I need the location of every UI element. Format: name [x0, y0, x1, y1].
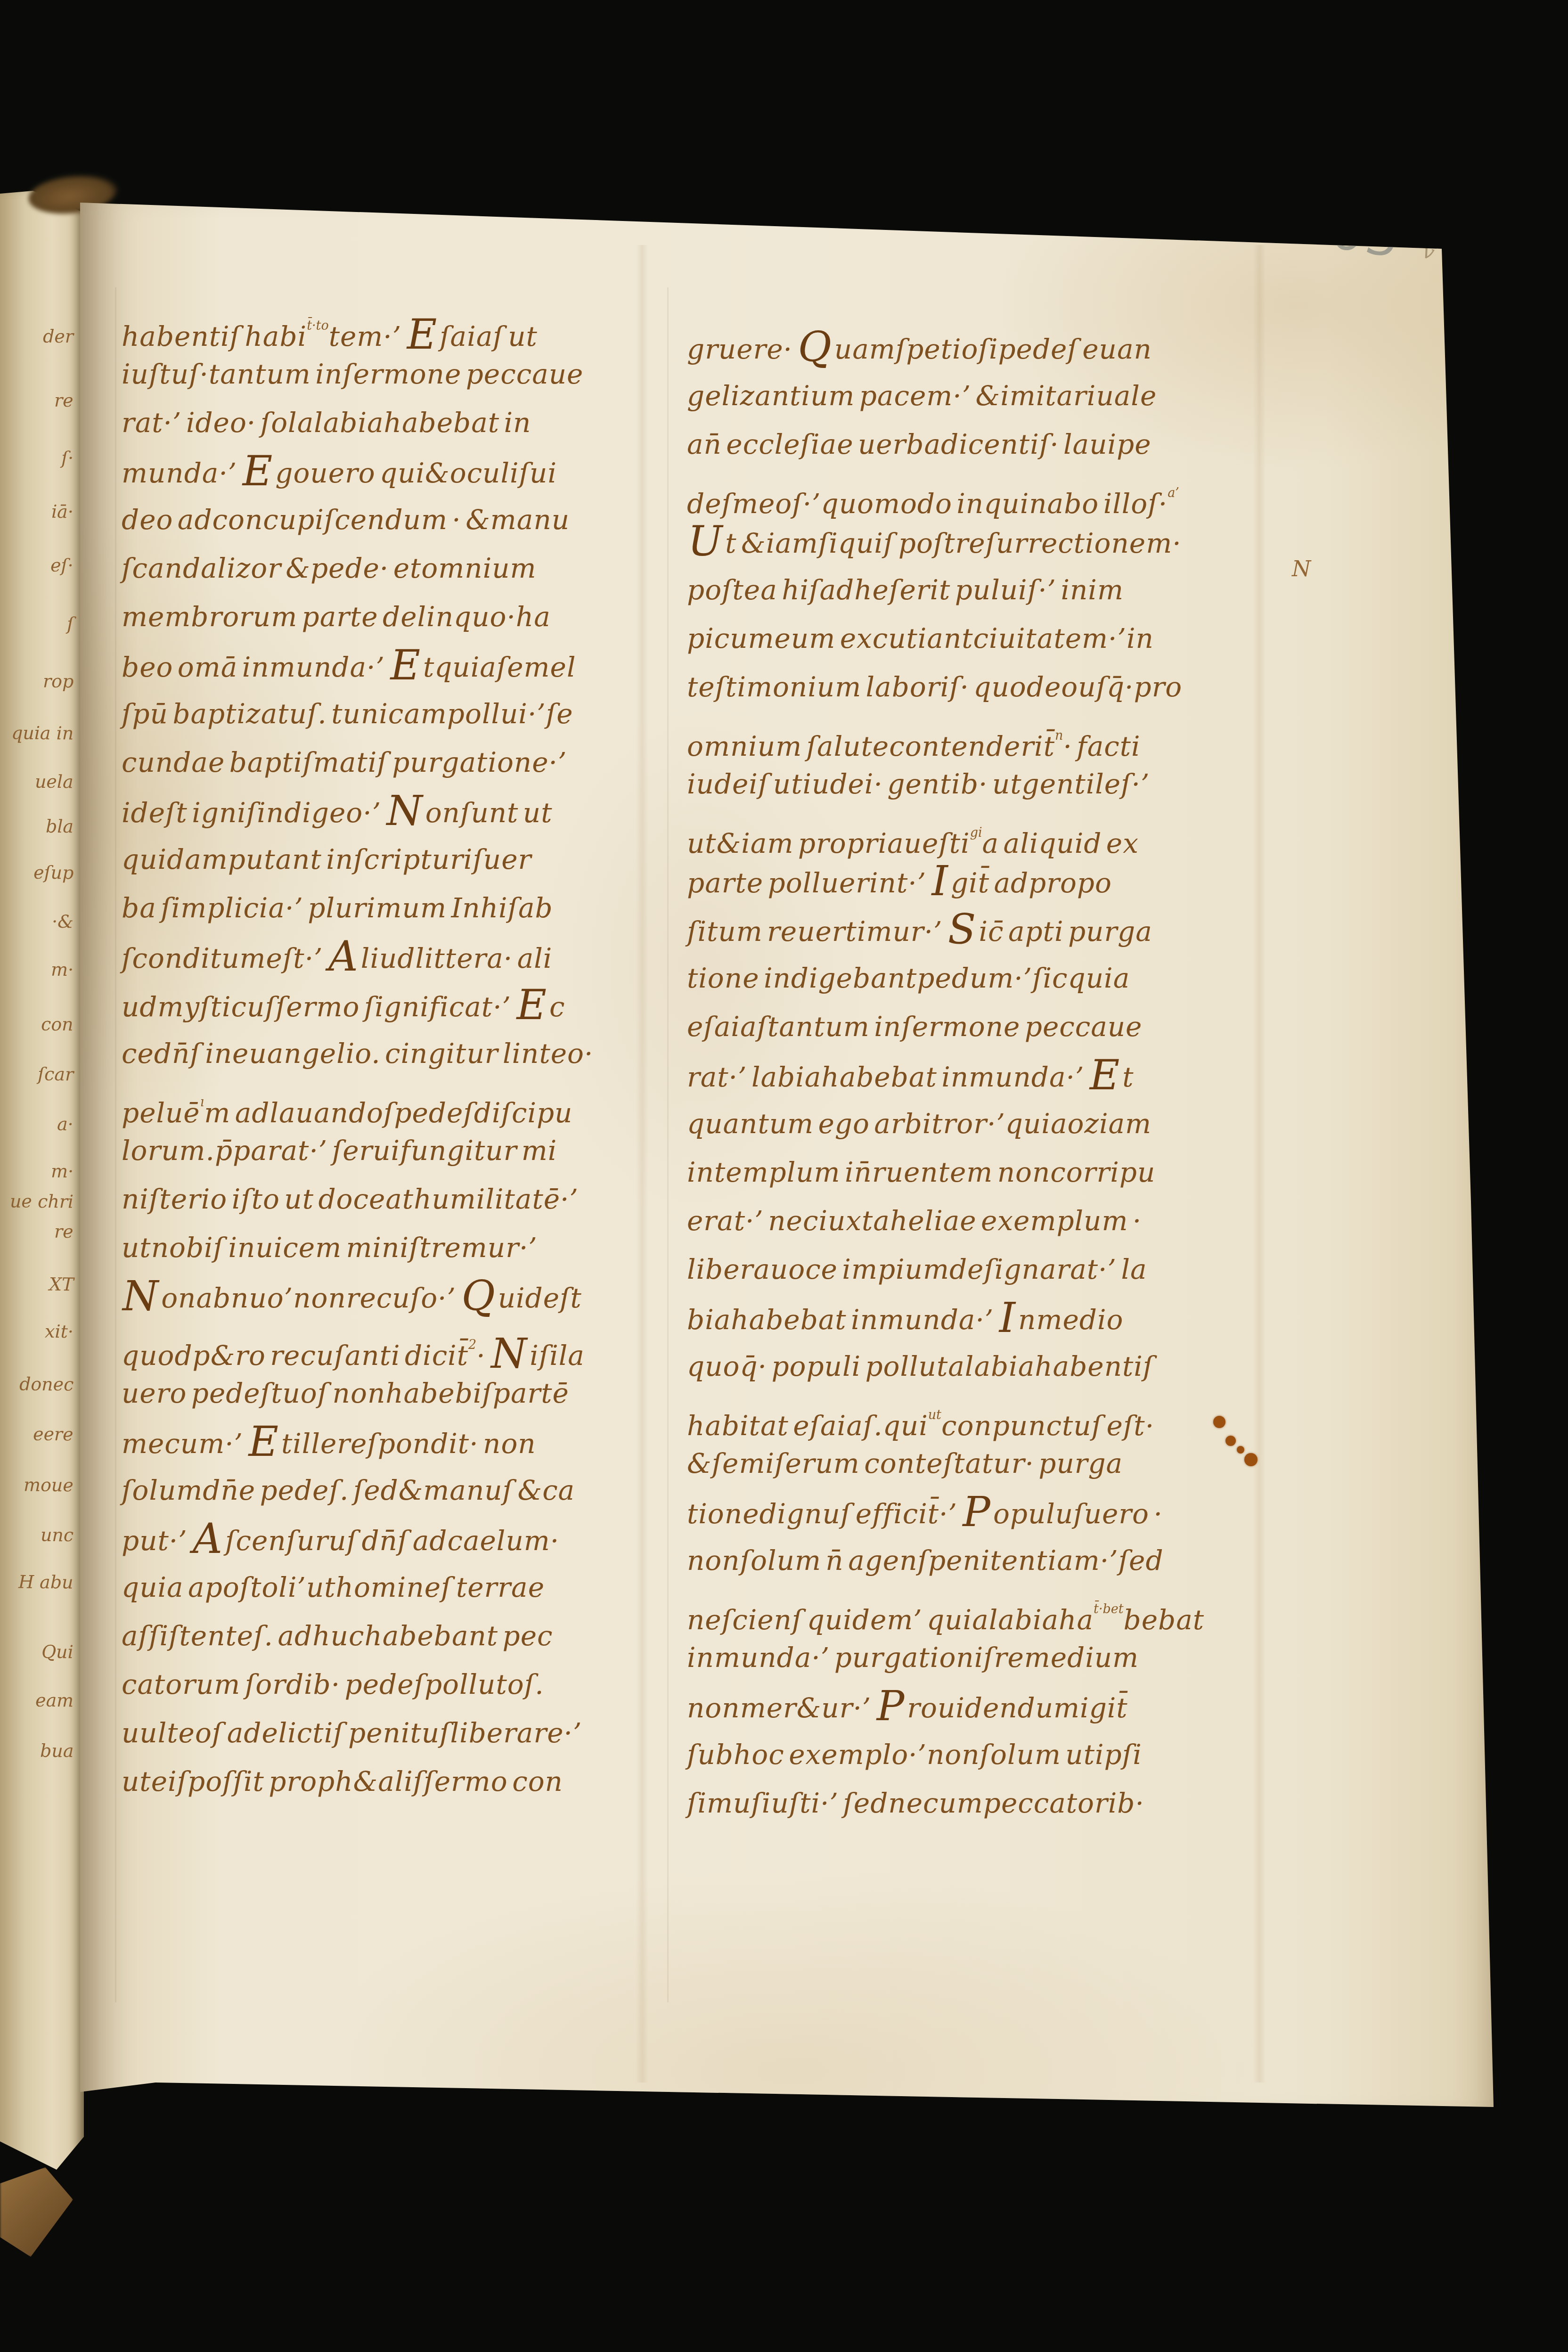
- interlinear-gloss: a’: [1168, 486, 1179, 500]
- decorated-initial: I: [932, 857, 948, 905]
- gutter-fragment: ſ: [67, 613, 73, 634]
- text-line: omnium ſalutecontenderit̄n· facti: [687, 711, 1248, 760]
- interlinear-gloss: ı: [200, 1095, 204, 1110]
- ink-spot: [1244, 1453, 1258, 1466]
- text-line: mecum·’ Etillereſpondit· non: [122, 1418, 678, 1466]
- text-line: ſcandalizor &pede· etomnium: [122, 544, 678, 593]
- gutter-fragment: Qui: [41, 1641, 73, 1663]
- ink-spot: [1237, 1446, 1244, 1454]
- decorated-initial: E: [390, 641, 420, 689]
- gutter-fragment: con: [41, 1014, 73, 1035]
- leather-binding-corner: [0, 2167, 73, 2257]
- text-line: picumeum excutiantciuitatem·’in: [687, 614, 1248, 663]
- decorated-initial: Q: [461, 1272, 495, 1320]
- gutter-fragment: der: [43, 326, 73, 347]
- gutter-fragment: ·&: [52, 911, 73, 932]
- text-line: teſtimonium laboriſ· quodeouſq̄·pro: [687, 663, 1248, 711]
- gutter-fragment: ſ·: [61, 448, 74, 468]
- text-line: iuſtuſ·tantum inſermone peccaue: [122, 350, 678, 399]
- gutter-fragment: donec: [19, 1373, 73, 1395]
- interlinear-gloss: gi: [970, 825, 982, 840]
- gutter-fragment: bla: [46, 816, 74, 837]
- text-line: uero pedeſtuoſ nonhabebiſpartē: [122, 1369, 678, 1418]
- parchment-crease: [1253, 245, 1266, 2082]
- text-line: ſubhoc exemplo·’nonſolum utipſi: [687, 1731, 1248, 1779]
- text-line: catorum ſordib· pedeſpollutoſ.: [122, 1660, 678, 1709]
- decorated-initial: E: [243, 447, 273, 495]
- text-line: gruere· Quamſpetioſipedeſ euan: [687, 323, 1248, 372]
- decorated-initial: I: [999, 1294, 1015, 1342]
- interlinear-gloss: n: [1055, 728, 1063, 743]
- text-line: intemplum in̄ruentem noncorripu: [687, 1148, 1248, 1197]
- left-text-column: habentiſ habit̄·totem·’ Eſaiaſ utiuſtuſ·…: [122, 302, 678, 1806]
- gutter-fragment: quia in: [11, 722, 73, 743]
- gutter-fragment: rop: [42, 671, 73, 692]
- text-line: lorum.p̄parat·’ ſeruifungitur mi: [122, 1127, 678, 1175]
- ink-spot: [1225, 1436, 1236, 1446]
- folio-tick-mark: v: [1420, 239, 1437, 264]
- interlinear-gloss: t̄·bet: [1094, 1602, 1124, 1617]
- gutter-fragment: uela: [35, 771, 73, 792]
- text-line: ſitum reuertimur·’ Sic̄ apti purga: [687, 906, 1248, 954]
- text-line: quantum ego arbitror·’quiaoziam: [687, 1100, 1248, 1148]
- text-line: cedn̄ſ ineuangelio. cingitur linteo·: [122, 1029, 678, 1078]
- gutter-fragment: unc: [41, 1525, 74, 1546]
- text-line: munda·’ Egouero qui&oculiſui: [122, 447, 678, 496]
- text-line: gelizantium pacem·’ &imitariuale: [687, 372, 1248, 420]
- text-line: uteiſpoſſit proph&aliſſermo con: [122, 1757, 678, 1806]
- gutter-fragment: a·: [57, 1114, 73, 1135]
- gutter-fragment: m·: [51, 959, 74, 980]
- text-line: habentiſ habit̄·totem·’ Eſaiaſ ut: [122, 302, 678, 350]
- gutter-fragment: eſ·: [50, 555, 73, 576]
- interlinear-gloss: t̄·to: [307, 318, 329, 333]
- text-line: membrorum parte delinquo·ha: [122, 593, 678, 641]
- gutter-fragment: re: [54, 1221, 73, 1242]
- text-line: Ut &iamſiquiſ poſtreſurrectionem·: [687, 517, 1248, 566]
- gutter-fragment: xit·: [45, 1321, 73, 1342]
- text-line: uulteoſ adelictiſ penituſliberare·’: [122, 1709, 678, 1757]
- parchment-page: habentiſ habit̄·totem·’ Eſaiaſ utiuſtuſ·…: [80, 188, 1494, 2130]
- gutter-fragment: H abu: [18, 1571, 73, 1592]
- text-line: neſcienſ quidem’ quialabiahat̄·betbebat: [687, 1585, 1248, 1633]
- gutter-fragment: iā·: [51, 501, 73, 522]
- text-line: ſolumdn̄e pedeſ. ſed&manuſ &ca: [122, 1466, 678, 1515]
- text-line: ba ſimplicia·’ plurimum Inhiſab: [122, 884, 678, 932]
- previous-leaf-edge: derreſ·iā·eſ·ſropquia inuelablaeſup·&m·c…: [0, 191, 84, 2191]
- text-line: eſaiaſtantum inſermone peccaue: [687, 1003, 1248, 1051]
- gutter-fragment: XT: [49, 1274, 73, 1295]
- decorated-initial: N: [122, 1272, 158, 1320]
- gutter-fragment: bua: [40, 1740, 73, 1762]
- text-line: udmyſticuſſermo ſignificat·’ Ec: [122, 981, 678, 1029]
- text-line: liberauoce impiumdeſignarat·’ la: [687, 1245, 1248, 1294]
- decorated-initial: N: [387, 787, 423, 835]
- gutter-fragment: eere: [33, 1424, 73, 1445]
- text-line: deo adconcupiſcendum · &manu: [122, 496, 678, 544]
- text-line: put·’ Aſcenſuruſ dn̄ſ adcaelum·: [122, 1515, 678, 1563]
- decorated-initial: S: [948, 906, 976, 954]
- gutter-fragment: m·: [51, 1161, 74, 1182]
- text-line: &ſemiſerum conteſtatur· purga: [687, 1439, 1248, 1488]
- gutter-fragment: ue chri: [10, 1191, 74, 1212]
- interlinear-gloss: 2: [468, 1338, 476, 1352]
- gutter-fragment: moue: [24, 1475, 73, 1496]
- text-line: Nonabnuo’nonrecuſo·’ Quideſt: [122, 1272, 678, 1321]
- text-line: quidamputant inſcripturiſuer: [122, 835, 678, 884]
- text-line: peluēım adlauandoſpedeſdiſcipu: [122, 1078, 678, 1127]
- nota-margin-mark: N: [1292, 556, 1311, 581]
- decorated-initial: E: [1090, 1051, 1120, 1099]
- decorated-initial: E: [517, 981, 547, 1029]
- text-line: biahabebat inmunda·’ Inmedio: [687, 1294, 1248, 1342]
- text-line: utnobiſ inuicem miniſtremur·’: [122, 1224, 678, 1272]
- gutter-fragment: re: [54, 390, 73, 411]
- text-line: ſpū baptizatuſ. tunicampollui·’ſe: [122, 690, 678, 738]
- decorated-initial: E: [248, 1418, 278, 1466]
- text-line: an̄ eccleſiae uerbadicentiſ· lauipe: [687, 420, 1248, 469]
- text-line: quodp&ro recuſanti dicit̄2· Niſila: [122, 1321, 678, 1369]
- gutter-fragment: eam: [35, 1690, 74, 1711]
- text-line: nonſolum n̄ agenſpenitentiam·’ſed: [687, 1536, 1248, 1585]
- text-line: habitat eſaiaſ.quiutconpunctuſ eſt·: [687, 1391, 1248, 1439]
- ink-spot: [1213, 1416, 1225, 1428]
- text-line: rat·’ ideo· ſolalabiahabebat in: [122, 399, 678, 447]
- text-line: rat·’ labiahabebat inmunda·’ Et: [687, 1051, 1248, 1100]
- decorated-initial: Q: [798, 323, 831, 371]
- text-line: parte polluerint·’ Igit̄ adpropo: [687, 857, 1248, 906]
- text-line: iudeiſ utiudei· gentib· utgentileſ·’: [687, 760, 1248, 808]
- text-line: tione indigebantpedum·’ſicquia: [687, 954, 1248, 1003]
- text-line: ideſt igniſindigeo·’ Nonſunt ut: [122, 787, 678, 835]
- decorated-initial: P: [877, 1682, 905, 1730]
- book-photo: { "folio": { "number": "63", "tick": "v"…: [0, 0, 1568, 2352]
- text-line: deſmeoſ·’quomodo inquinabo illoſ·a’: [687, 469, 1248, 517]
- decorated-initial: P: [963, 1488, 990, 1536]
- decorated-initial: A: [328, 932, 358, 980]
- text-line: cundae baptiſmatiſ purgatione·’: [122, 738, 678, 787]
- text-line: poſtea hiſadheſerit puluiſ·’ inim: [687, 566, 1248, 614]
- text-line: quia apoſtoli’uthomineſ terrae: [122, 1563, 678, 1612]
- text-line: aſſiſtenteſ. adhuchabebant pec: [122, 1612, 678, 1660]
- text-line: erat·’ neciuxtaheliae exemplum ·: [687, 1197, 1248, 1245]
- text-line: ſimuſiuſti·’ ſednecumpeccatorib·: [687, 1779, 1248, 1828]
- text-line: nonmer&ur·’ Prouidendumigit̄: [687, 1682, 1248, 1731]
- decorated-initial: A: [193, 1515, 222, 1563]
- text-line: beo omā inmunda·’ Etquiaſemel: [122, 641, 678, 690]
- text-line: tionedignuſ efficit̄·’ Populuſuero ·: [687, 1488, 1248, 1536]
- folio-number-pencil: 63: [1329, 202, 1409, 270]
- text-line: ut&iam propriaueſtigia aliquid ex: [687, 808, 1248, 857]
- text-line: ſconditumeſt·’ Aliudlittera· ali: [122, 932, 678, 981]
- text-line: quoq̄· populi pollutalabiahabentiſ: [687, 1342, 1248, 1391]
- gutter-fragment: eſup: [33, 862, 73, 883]
- gutter-fragment: ſcar: [38, 1064, 74, 1085]
- interlinear-gloss: ut: [928, 1408, 941, 1422]
- right-text-column: gruere· Quamſpetioſipedeſ euangelizantiu…: [687, 323, 1248, 1828]
- text-line: niſterio iſto ut doceathumilitatē·’: [122, 1175, 678, 1224]
- ruling-line: [115, 287, 116, 2002]
- text-line: inmunda·’ purgationiſremedium: [687, 1633, 1248, 1682]
- decorated-initial: U: [688, 517, 722, 565]
